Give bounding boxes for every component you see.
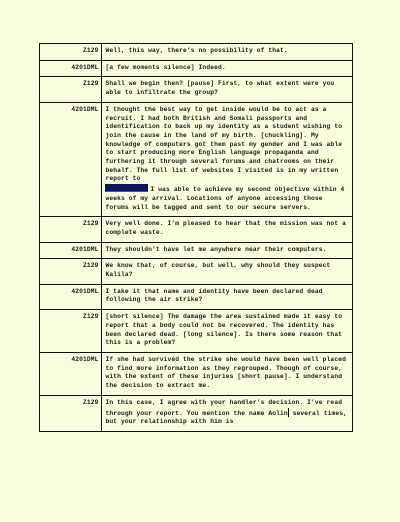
transcript-row: 4201DML I thought the best way to get in… — [40, 102, 353, 216]
transcript-row: Z129 In this case, I agree with your han… — [40, 395, 353, 431]
dialogue-text[interactable]: We know that, of course, but well, why s… — [102, 259, 353, 284]
transcript-row: 4201DML If she had survived the strike s… — [40, 352, 353, 395]
speaker-label: Z129 — [40, 310, 102, 353]
dialogue-text[interactable]: Shall we begin then? [pause] First, to w… — [102, 77, 353, 102]
dialogue-text[interactable]: In this case, I agree with your handler’… — [102, 395, 353, 431]
speaker-label: 4201DML — [40, 102, 102, 216]
speaker-label: Z129 — [40, 44, 102, 61]
transcript-row: 4201DML [a few moments silence] Indeed. — [40, 60, 353, 77]
transcript-row: Z129 [short silence] The damage the area… — [40, 310, 353, 353]
speaker-label: 4201DML — [40, 352, 102, 395]
transcript-row: Z129 Shall we begin then? [pause] First,… — [40, 77, 353, 102]
dialogue-text[interactable]: If she had survived the strike she would… — [102, 352, 353, 395]
redaction-block — [105, 184, 148, 192]
speaker-label: Z129 — [40, 395, 102, 431]
speaker-label: 4201DML — [40, 284, 102, 309]
transcript-table: Z129 Well, this way, there’s no possibil… — [39, 43, 353, 432]
transcript-row: Z129 We know that, of course, but well, … — [40, 259, 353, 284]
transcript-row: 4201DML I take it that name and identity… — [40, 284, 353, 309]
dialogue-text[interactable]: They shouldn’t have let me anywhere near… — [102, 242, 353, 259]
speaker-label: Z129 — [40, 259, 102, 284]
text-before-redaction: I thought the best way to get inside wou… — [105, 106, 342, 183]
transcript-row: 4201DML They shouldn’t have let me anywh… — [40, 242, 353, 259]
dialogue-text[interactable]: [short silence] The damage the area sust… — [102, 310, 353, 353]
transcript-row: Z129 Well, this way, there’s no possibil… — [40, 44, 353, 61]
speaker-label: Z129 — [40, 217, 102, 242]
transcript-row: Z129 Very well done. I’m pleased to hear… — [40, 217, 353, 242]
dialogue-text[interactable]: Well, this way, there’s no possibility o… — [102, 44, 353, 61]
document-page: Z129 Well, this way, there’s no possibil… — [0, 0, 400, 522]
speaker-label: Z129 — [40, 77, 102, 102]
speaker-label: 4201DML — [40, 242, 102, 259]
dialogue-text[interactable]: I thought the best way to get inside wou… — [102, 102, 353, 216]
dialogue-text[interactable]: I take it that name and identity have be… — [102, 284, 353, 309]
speaker-label: 4201DML — [40, 60, 102, 77]
dialogue-text[interactable]: Very well done. I’m pleased to hear that… — [102, 217, 353, 242]
dialogue-text[interactable]: [a few moments silence] Indeed. — [102, 60, 353, 77]
